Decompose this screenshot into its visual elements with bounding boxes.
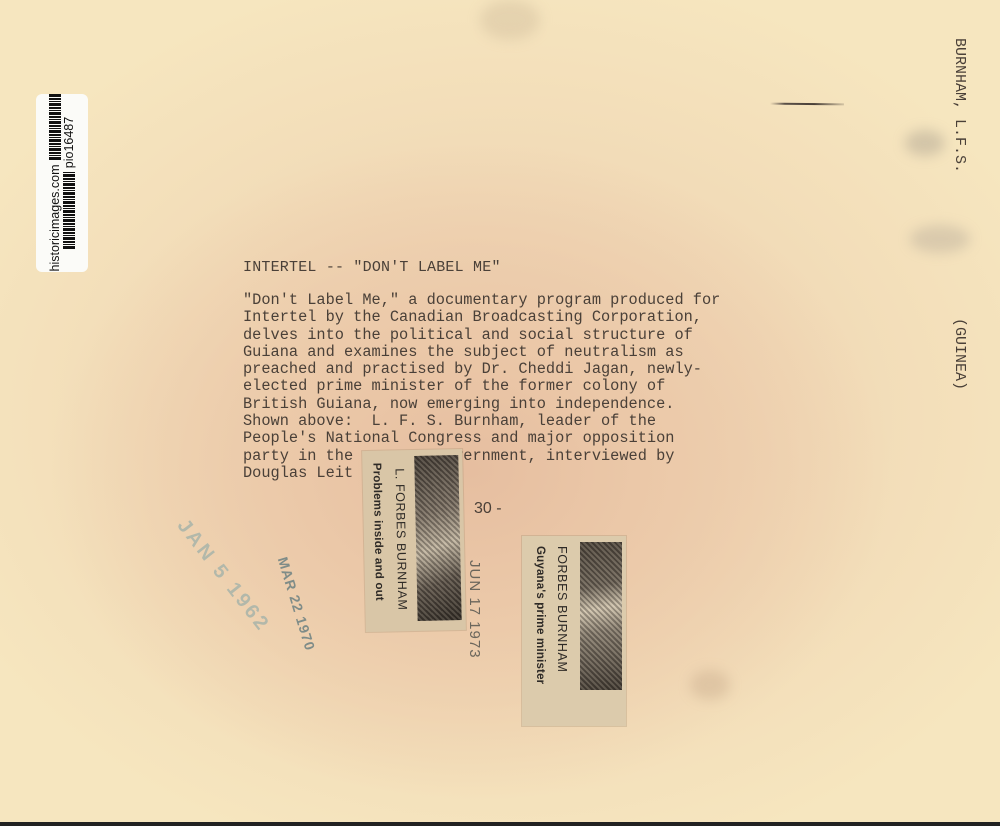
barcode-sticker: historicimages.com pio16487 xyxy=(36,94,88,272)
stain xyxy=(910,225,970,253)
clipping-subtitle: Guyana's prime minister xyxy=(534,546,546,684)
page-number: 30 - xyxy=(474,500,502,518)
sticker-site: historicimages.com xyxy=(48,165,62,272)
caption-line: "Don't Label Me," a documentary program … xyxy=(243,292,720,309)
clipping-photo xyxy=(580,542,622,690)
date-stamp: MAR 22 1970 xyxy=(275,555,319,653)
stain xyxy=(480,0,540,40)
date-stamp: JAN 5 1962 xyxy=(172,515,274,637)
clipping-photo xyxy=(414,455,461,621)
caption-line: preached and practised by Dr. Cheddi Jag… xyxy=(243,361,720,378)
newspaper-clipping: L. FORBES BURNHAM Problems inside and ou… xyxy=(362,449,466,632)
caption-line: Shown above: L. F. S. Burnham, leader of… xyxy=(243,413,720,430)
sticker-id: pio16487 xyxy=(62,117,76,168)
clipping-title: L. FORBES BURNHAM xyxy=(392,468,409,610)
scan-edge xyxy=(0,822,1000,826)
caption-line: People's National Congress and major opp… xyxy=(243,430,720,447)
stain xyxy=(905,130,945,156)
caption-line: elected prime minister of the former col… xyxy=(243,378,720,395)
barcode-icon xyxy=(49,95,61,161)
pen-mark xyxy=(770,103,844,106)
photo-back-paper: historicimages.com pio16487 INTERTEL -- … xyxy=(0,0,1000,822)
subject-name-label: BURNHAM, L.F.S. xyxy=(951,38,968,173)
barcode-icon xyxy=(63,172,75,249)
caption-body: "Don't Label Me," a documentary program … xyxy=(243,292,720,482)
date-stamp: JUN 17 1973 xyxy=(466,560,483,659)
clipping-subtitle: Problems inside and out xyxy=(370,463,385,601)
caption-heading: INTERTEL -- "DON'T LABEL ME" xyxy=(243,259,501,276)
clipping-title: FORBES BURNHAM xyxy=(555,546,569,672)
newspaper-clipping: FORBES BURNHAM Guyana's prime minister xyxy=(522,536,626,726)
stain xyxy=(690,670,730,700)
region-label: (GUINEA) xyxy=(951,318,968,390)
caption-line: party in the overnment, interviewed by xyxy=(243,448,720,465)
caption-line: Guiana and examines the subject of neutr… xyxy=(243,344,720,361)
caption-line: Douglas Leit xyxy=(243,465,720,482)
caption-line: delves into the political and social str… xyxy=(243,327,720,344)
caption-line: Intertel by the Canadian Broadcasting Co… xyxy=(243,309,720,326)
caption-line: British Guiana, now emerging into indepe… xyxy=(243,396,720,413)
